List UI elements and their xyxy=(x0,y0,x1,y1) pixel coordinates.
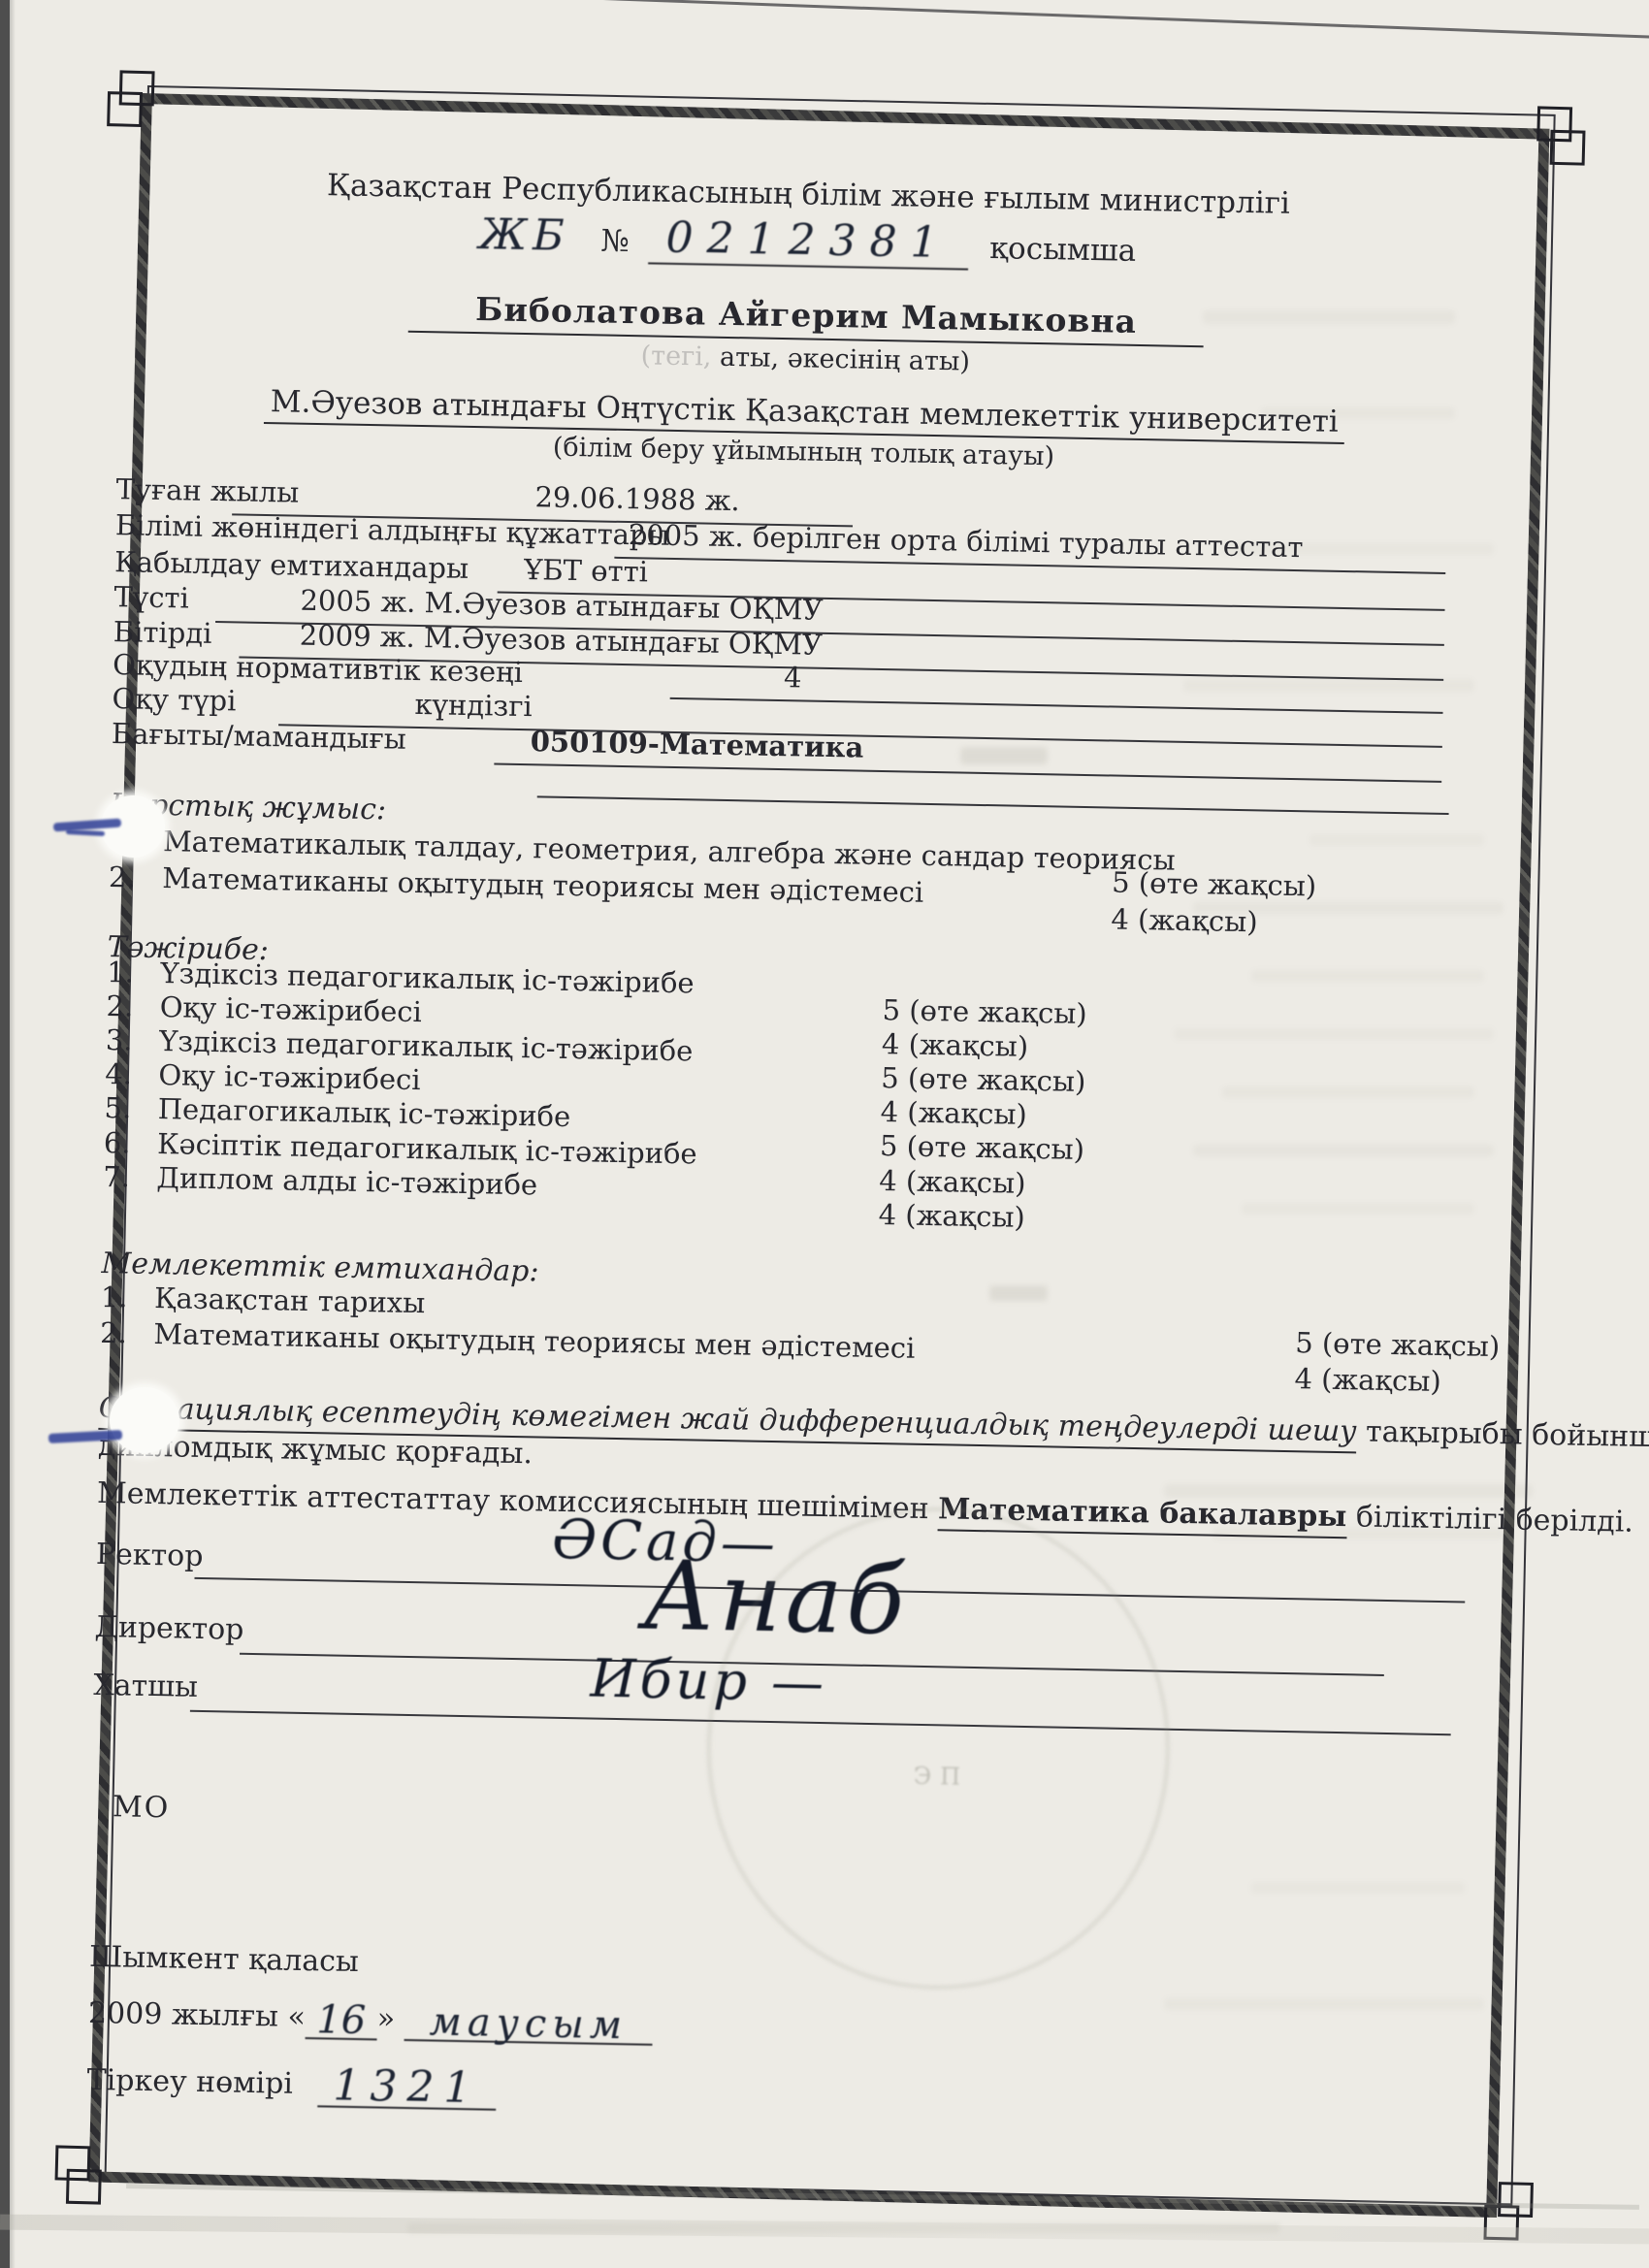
scan-bottom-band xyxy=(0,2215,1649,2245)
item-number: 6. xyxy=(104,1127,149,1159)
bleed-ghost-mark: ЭП xyxy=(914,1764,970,1791)
corner-mark-icon xyxy=(107,91,143,127)
field-label: Қабылдау емтихандары xyxy=(114,545,469,585)
field-value: 050109-Математика xyxy=(530,726,863,763)
item-text: Оқу іс-тәжірибесі xyxy=(159,990,422,1028)
item-number: 4. xyxy=(105,1058,150,1090)
field-label: Түсті xyxy=(113,580,189,614)
date-close-quote: » xyxy=(377,2001,396,2035)
date-month-handwritten: маусым xyxy=(404,2004,653,2046)
item-text: Диплом алды іс-тәжірибе xyxy=(156,1161,537,1201)
student-name: Биболатова Айгерим Мамыковна xyxy=(475,290,1137,340)
scan-edge-strip xyxy=(0,0,10,2268)
item-number: 1. xyxy=(101,1281,146,1313)
city-line: Шымкент қаласы xyxy=(89,1941,359,1979)
scan-page-edge-line xyxy=(543,0,1649,39)
rector-label: Ректор xyxy=(96,1538,204,1573)
field-underline xyxy=(494,762,1441,782)
issue-date-line: 2009 жылғы «16» маусым xyxy=(88,1997,654,2046)
field-value: күндізгі xyxy=(414,689,533,723)
date-prefix: 2009 жылғы « xyxy=(88,1996,307,2034)
secretary-label: Хатшы xyxy=(93,1669,198,1704)
empty-continuation-line xyxy=(537,795,1449,815)
item-number: 2. xyxy=(106,990,151,1022)
reg-number-handwritten: 1321 xyxy=(317,2066,497,2110)
field-value: 4 xyxy=(784,662,802,694)
registration-number-line: Тіркеу нөмірі 1321 xyxy=(86,2062,497,2111)
item-number: 7. xyxy=(103,1161,148,1193)
name-caption-faded: (тегі, xyxy=(640,340,711,372)
field-value: ҰБТ өтті xyxy=(524,554,648,588)
name-caption-rest: аты, әкесінің аты) xyxy=(711,342,970,377)
scan-edge-shadow xyxy=(10,0,16,2268)
number-sign: № xyxy=(600,223,630,259)
reg-label: Тіркеу нөмірі xyxy=(86,2063,293,2101)
corner-mark-icon xyxy=(1498,2182,1534,2218)
item-number: 2. xyxy=(100,1317,145,1349)
thesis-after-title: тақырыбы бойынша xyxy=(1356,1414,1649,1454)
field-label: Оқу түрі xyxy=(112,682,237,717)
item-grade: 4 (жақсы) xyxy=(1111,904,1258,938)
field-label: Бітірді xyxy=(113,615,212,650)
qualification-suffix: біліктілігі берілді. xyxy=(1346,1500,1633,1539)
item-text: Оқу іс-тәжірибесі xyxy=(158,1058,421,1096)
field-label: Туған жылы xyxy=(115,472,299,509)
qualification-prefix: Мемлекеттік аттестаттау комиссиясының ше… xyxy=(97,1476,939,1526)
item-number: 2. xyxy=(109,861,154,893)
director-label: Директор xyxy=(94,1610,244,1647)
document-page: Қазақстан Республикасының білім және ғыл… xyxy=(77,161,1503,2215)
item-grade: 4 (жақсы) xyxy=(1294,1363,1441,1397)
punch-hole xyxy=(110,1387,179,1453)
item-grade: 4 (жақсы) xyxy=(878,1199,1025,1233)
after-serial-label: қосымша xyxy=(989,231,1137,269)
item-number: 1. xyxy=(107,956,152,988)
field-value: 29.06.1988 ж. xyxy=(534,481,740,516)
serial-number-handwritten: 0212381 xyxy=(648,212,969,270)
corner-mark-icon xyxy=(1550,130,1586,166)
item-number: 5. xyxy=(104,1092,149,1124)
seal-place-mark: МО xyxy=(113,1791,171,1825)
item-number: 3. xyxy=(106,1024,151,1056)
field-label: Бағыты/мамандығы xyxy=(112,717,407,756)
blue-ink-smudge xyxy=(66,829,105,836)
series-handwritten: ЖБ xyxy=(478,210,570,261)
university-caption-text: (білім беру ұйымының толық атауы) xyxy=(553,433,1055,472)
item-text: Қазақстан тарихы xyxy=(154,1281,426,1319)
item-text: Педагогикалық іс-тәжірибе xyxy=(157,1092,570,1133)
date-day-handwritten: 16 xyxy=(305,2002,377,2040)
